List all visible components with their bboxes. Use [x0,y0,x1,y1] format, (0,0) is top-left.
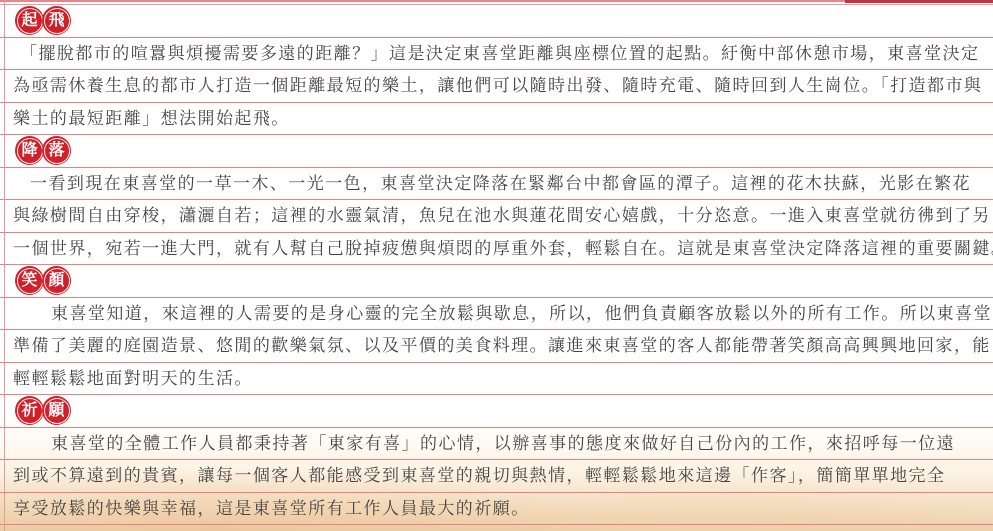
badge-coin: 降 [15,136,44,165]
paragraph-line: 到或不算遠到的貴賓，讓每一個客人都能感受到東喜堂的親切與熱情，輕輕鬆鬆地來這邊「… [0,460,993,493]
badge-char: 起 [21,13,37,29]
paragraph-line: 輕輕鬆鬆地面對明天的生活。 [0,363,993,396]
section-heading-smile: 笑 顏 [0,265,993,298]
paragraph-line: 享受放鬆的快樂與幸福，這是東喜堂所有工作人員最大的祈願。 [0,493,993,526]
paragraph-line: 一看到現在東喜堂的一草一木、一光一色，東喜堂決定降落在緊鄰台中都會區的潭子。這裡… [0,168,993,201]
badge-coin: 落 [42,136,71,165]
badge-char: 願 [48,403,64,419]
bottom-page-strip [0,525,993,531]
badge-coin: 起 [15,6,44,35]
badge-char: 祈 [21,403,37,419]
badge-coin: 顏 [42,266,71,295]
section-heading-landing: 降 落 [0,135,993,168]
paragraph-line: 東喜堂知道，來這裡的人需要的是身心靈的完全放鬆與歇息，所以，他們負責顧客放鬆以外… [0,298,993,331]
badge-coin: 飛 [42,6,71,35]
badge-char: 降 [21,143,37,159]
paragraph-line: 為亟需休養生息的都市人打造一個距離最短的樂土，讓他們可以隨時出發、隨時充電、隨時… [0,70,993,103]
page-top-edge-mark [845,0,993,3]
paragraph-line: 樂土的最短距離」想法開始起飛。 [0,103,993,136]
paragraph-line: 與綠樹間自由穿梭，瀟灑自若；這裡的水靈氣清，魚兒在池水與蓮花間安心嬉戲，十分恣意… [0,200,993,233]
paragraph-line: 準備了美麗的庭園造景、悠閒的歡樂氣氛、以及平價的美食料理。讓進來東喜堂的客人都能… [0,330,993,363]
ruled-rows: 起 飛 「擺脫都市的喧囂與煩擾需要多遠的距離？」這是決定東喜堂距離與座標位置的起… [0,5,993,525]
section-heading-wish: 祈 願 [0,395,993,428]
paragraph-line: 「擺脫都市的喧囂與煩擾需要多遠的距離？」這是決定東喜堂距離與座標位置的起點。紆衡… [0,38,993,71]
document-page: 起 飛 「擺脫都市的喧囂與煩擾需要多遠的距離？」這是決定東喜堂距離與座標位置的起… [0,0,993,531]
badge-char: 落 [48,143,64,159]
badge-char: 笑 [21,273,37,289]
badge-coin: 願 [42,396,71,425]
badge-coin: 笑 [15,266,44,295]
badge-coin: 祈 [15,396,44,425]
paragraph-line: 東喜堂的全體工作人員都秉持著「東家有喜」的心情，以辦喜事的態度來做好自己份內的工… [0,428,993,461]
paragraph-line: 一個世界，宛若一進大門，就有人幫自己脫掉疲憊與煩悶的厚重外套，輕鬆自在。這就是東… [0,233,993,266]
badge-char: 顏 [48,273,64,289]
left-margin-rule [4,0,5,531]
badge-char: 飛 [48,13,64,29]
section-heading-takeoff: 起 飛 [0,5,993,38]
